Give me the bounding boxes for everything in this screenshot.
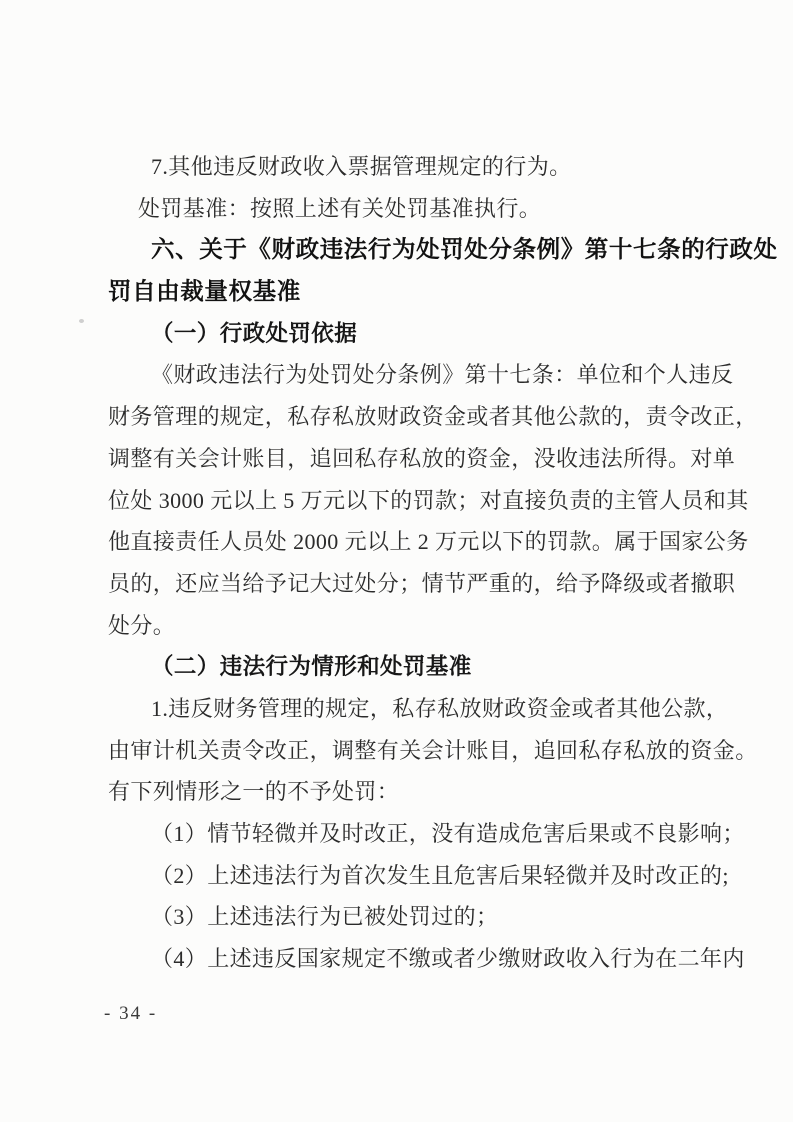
paragraph-line: 由审计机关责令改正，调整有关会计账目，追回私存私放的资金。 (108, 730, 748, 772)
paragraph-line: 员的，还应当给予记大过处分；情节严重的，给予降级或者撤职 (108, 563, 748, 605)
list-item-line: （2）上述违法行为首次发生且危害后果轻微并及时改正的; (108, 855, 748, 897)
list-item-line: （4）上述违反国家规定不缴或者少缴财政收入行为在二年内 (108, 938, 748, 980)
subsection-heading: （一）行政处罚依据 (108, 313, 748, 355)
list-item-line: （1）情节轻微并及时改正，没有造成危害后果或不良影响； (108, 813, 748, 855)
paragraph-line: 财务管理的规定，私存私放财政资金或者其他公款的，责令改正， (108, 396, 748, 438)
page-number: - 34 - (104, 1003, 157, 1025)
paragraph-line: 1.违反财务管理的规定，私存私放财政资金或者其他公款， (108, 688, 748, 730)
paragraph-line: 《财政违法行为处罚处分条例》第十七条：单位和个人违反 (108, 354, 748, 396)
section-heading-continued: 罚自由裁量权基准 (108, 271, 748, 313)
list-item-line: （3）上述违法行为已被处罚过的； (108, 896, 748, 938)
paragraph-line: 有下列情形之一的不予处罚： (108, 771, 748, 813)
paragraph-line: 7.其他违反财政收入票据管理规定的行为。 (108, 146, 748, 188)
section-heading: 六、关于《财政违法行为处罚处分条例》第十七条的行政处 (108, 229, 748, 271)
scan-speck (79, 319, 84, 323)
document-body: 7.其他违反财政收入票据管理规定的行为。 处罚基准：按照上述有关处罚基准执行。 … (108, 146, 748, 980)
subsection-heading: （二）违法行为情形和处罚基准 (108, 646, 748, 688)
paragraph-line: 调整有关会计账目，追回私存私放的资金，没收违法所得。对单 (108, 438, 748, 480)
paragraph-line: 处分。 (108, 605, 748, 647)
paragraph-line: 他直接责任人员处 2000 元以上 2 万元以下的罚款。属于国家公务 (108, 521, 748, 563)
paragraph-line: 位处 3000 元以上 5 万元以下的罚款；对直接负责的主管人员和其 (108, 480, 748, 522)
document-page: 7.其他违反财政收入票据管理规定的行为。 处罚基准：按照上述有关处罚基准执行。 … (0, 0, 793, 1122)
paragraph-line: 处罚基准：按照上述有关处罚基准执行。 (108, 188, 748, 230)
